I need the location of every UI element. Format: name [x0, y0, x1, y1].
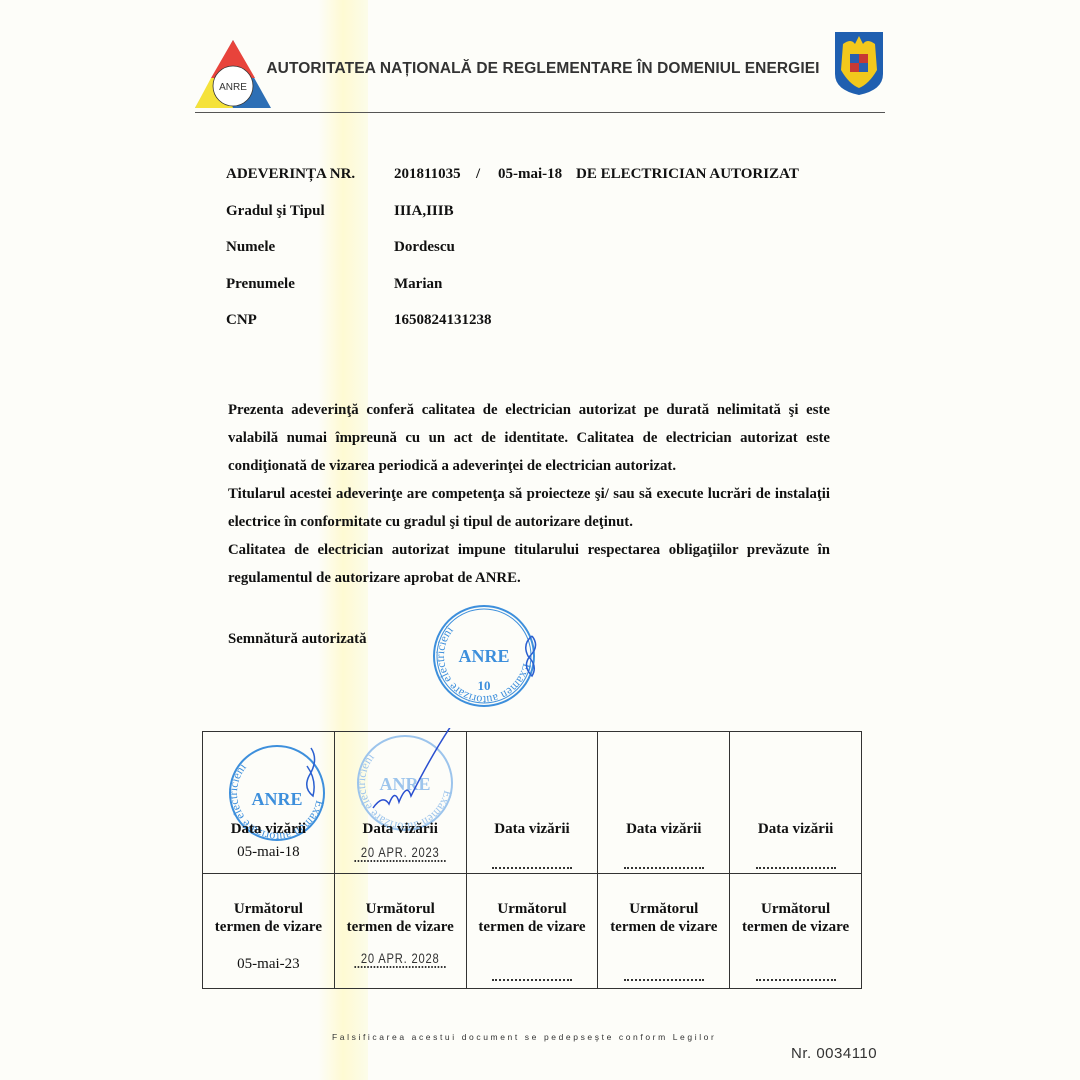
svg-text:10: 10 [478, 678, 491, 693]
next-visa-cell: Următorultermen de vizare [598, 874, 730, 989]
next-visa-label-line2: termen de vizare [215, 919, 322, 935]
visa-date-blank [756, 867, 836, 869]
coat-of-arms-icon [833, 30, 885, 96]
anre-logo-icon: ANRE [193, 38, 273, 110]
certificate-number-row: ADEVERINȚA NR. 201811035 / 05-mai-18 DE … [226, 166, 846, 203]
next-visa-cell: Următorultermen de vizare 20 APR. 2028 [334, 874, 466, 989]
next-visa-row: Următorultermen de vizare 05-mai-23 Urmă… [203, 874, 862, 989]
svg-text:ANRE: ANRE [219, 82, 247, 93]
document-header: ANRE AUTORITATEA NAȚIONALĂ DE REGLEMENTA… [193, 38, 885, 114]
forgery-warning: Falsificarea acestui document se pedepse… [332, 1032, 716, 1042]
body-paragraph: Prezenta adeverinţă conferă calitatea de… [228, 396, 830, 480]
visa-date-label: Data vizării [335, 820, 466, 838]
certificate-date: 05-mai-18 [498, 166, 562, 183]
signature-label: Semnătură autorizată [228, 631, 367, 648]
next-visa-label-line2: termen de vizare [347, 919, 454, 935]
visa-cell: Examen autorizare electricieni ANRE Data… [203, 732, 335, 874]
certificate-fields: ADEVERINȚA NR. 201811035 / 05-mai-18 DE … [226, 166, 846, 349]
field-label: Gradul şi Tipul [226, 203, 325, 220]
next-visa-value: 05-mai-23 [203, 956, 334, 973]
next-visa-cell: Următorultermen de vizare [466, 874, 598, 989]
field-row-first-name: Prenumele Marian [226, 276, 846, 313]
next-visa-cell: Următorultermen de vizare [730, 874, 862, 989]
next-visa-label-line1: Următorul [629, 901, 698, 917]
field-label: Prenumele [226, 276, 295, 293]
field-value: 1650824131238 [394, 312, 492, 329]
field-value: IIIA,IIIB [394, 203, 454, 220]
certificate-label: ADEVERINȚA NR. [226, 166, 355, 183]
next-visa-cell: Următorultermen de vizare 05-mai-23 [203, 874, 335, 989]
field-value: Dordescu [394, 239, 455, 256]
visa-date-label: Data vizării [598, 820, 729, 838]
field-row-cnp: CNP 1650824131238 [226, 312, 846, 349]
next-visa-label-line2: termen de vizare [742, 919, 849, 935]
field-label: Numele [226, 239, 275, 256]
next-visa-label-line2: termen de vizare [478, 919, 585, 935]
next-visa-stamp: 20 APR. 2028 [354, 950, 446, 968]
next-visa-label-line1: Următorul [761, 901, 830, 917]
next-visa-label-line1: Următorul [234, 901, 303, 917]
svg-text:Examen autorizare electricieni: Examen autorizare electricieni [428, 622, 539, 712]
field-label: CNP [226, 312, 257, 329]
visa-date-stamp: 20 APR. 2023 [354, 844, 446, 862]
visa-date-row: Examen autorizare electricieni ANRE Data… [203, 732, 862, 874]
anre-stamp-icon: Examen autorizare electricieni ANRE 10 [428, 600, 540, 712]
field-row-grade: Gradul şi Tipul IIIA,IIIB [226, 203, 846, 240]
next-visa-blank [492, 979, 572, 981]
field-row-surname: Numele Dordescu [226, 239, 846, 276]
visa-date-blank [492, 867, 572, 869]
visa-cell: Data vizării [730, 732, 862, 874]
visa-date-label: Data vizării [467, 820, 598, 838]
body-paragraph: Calitatea de electrician autorizat impun… [228, 536, 830, 592]
visa-date-value: 05-mai-18 [203, 844, 334, 861]
certificate-number: 201811035 [394, 166, 461, 183]
svg-text:ANRE: ANRE [251, 789, 302, 809]
visa-cell: Examen autorizare electricieni ANRE Data… [334, 732, 466, 874]
header-divider [195, 112, 885, 113]
authority-title: AUTORITATEA NAȚIONALĂ DE REGLEMENTARE ÎN… [263, 60, 823, 78]
next-visa-label-line1: Următorul [366, 901, 435, 917]
next-visa-label-line2: termen de vizare [610, 919, 717, 935]
certificate-title: DE ELECTRICIAN AUTORIZAT [576, 166, 799, 183]
field-value: Marian [394, 276, 442, 293]
svg-text:ANRE: ANRE [458, 646, 509, 666]
next-visa-label-line1: Următorul [497, 901, 566, 917]
visa-date-label: Data vizării [203, 820, 334, 838]
visa-date-blank [624, 867, 704, 869]
next-visa-blank [756, 979, 836, 981]
serial-number: Nr. 0034110 [791, 1045, 877, 1062]
next-visa-blank [624, 979, 704, 981]
body-paragraph: Titularul acestei adeverinţe are compete… [228, 480, 830, 536]
visa-date-label: Data vizării [730, 820, 861, 838]
visa-cell: Data vizării [466, 732, 598, 874]
certificate-separator: / [476, 166, 480, 183]
visa-cell: Data vizării [598, 732, 730, 874]
certificate-body: Prezenta adeverinţă conferă calitatea de… [228, 396, 830, 592]
visa-table: Examen autorizare electricieni ANRE Data… [202, 731, 862, 989]
